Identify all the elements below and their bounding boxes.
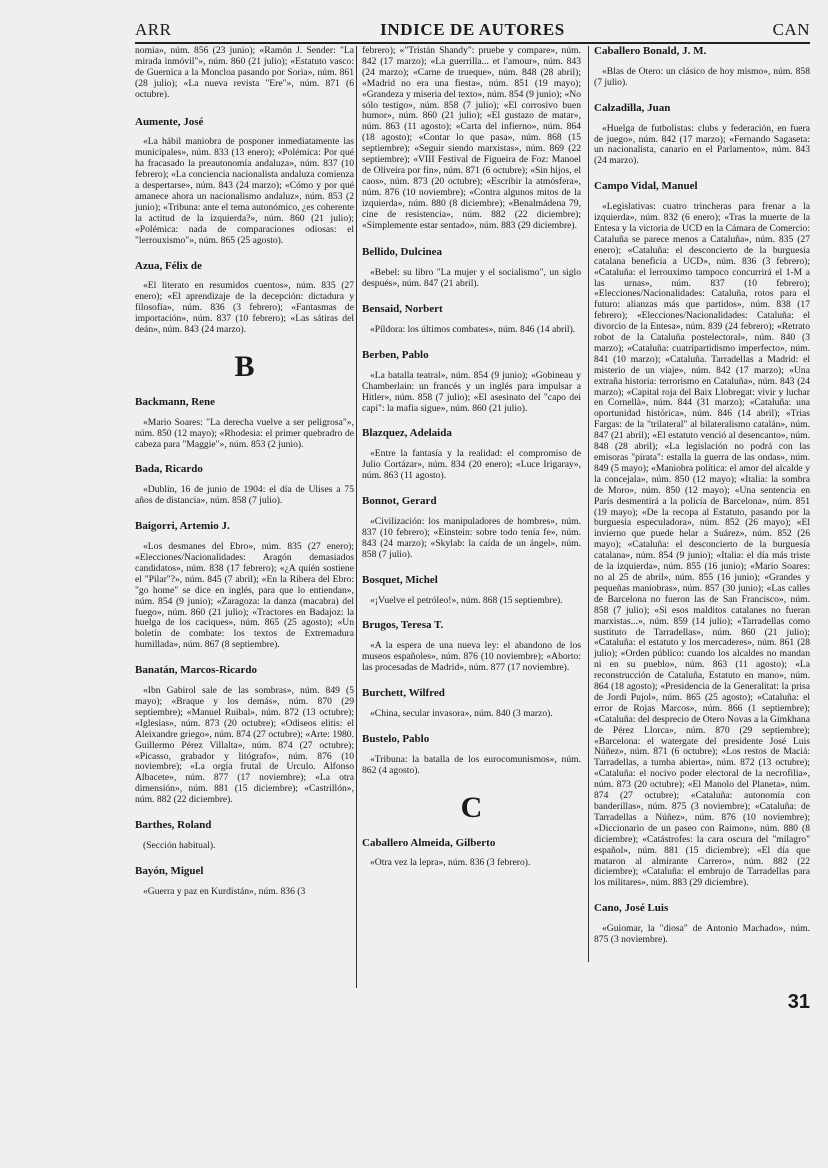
author-entry: Burchett, Wilfred«China, secular invasor… <box>362 688 581 720</box>
author-articles: «Legislativas: cuatro trincheras para fr… <box>594 202 810 889</box>
header-right-guide-word: CAN <box>773 20 810 40</box>
author-name: Banatán, Marcos-Ricardo <box>135 665 354 676</box>
author-entry: Campo Vidal, Manuel«Legislativas: cuatro… <box>594 181 810 889</box>
author-name: Caballero Almeida, Gilberto <box>362 838 581 849</box>
author-entry: Bustelo, Pablo«Tribuna: la batalla de lo… <box>362 734 581 777</box>
author-articles: «A la espera de una nueva ley: el abando… <box>362 641 581 674</box>
author-entry: Bayón, Miguel«Guerra y paz en Kurdistán»… <box>135 866 354 898</box>
author-articles: «Píldora: los últimos combates», núm. 84… <box>362 325 581 336</box>
author-entry: Azua, Félix de«El literato en resumidos … <box>135 261 354 336</box>
author-name: Bonnot, Gerard <box>362 496 581 507</box>
author-name: Bensaid, Norbert <box>362 304 581 315</box>
author-entry: Aumente, José«La hábil maniobra de pospo… <box>135 117 354 247</box>
author-articles: «El literato en resumidos cuentos», núm.… <box>135 281 354 336</box>
author-entry: Bensaid, Norbert«Píldora: los últimos co… <box>362 304 581 336</box>
author-name: Burchett, Wilfred <box>362 688 581 699</box>
continued-entry-text: nomia», núm. 856 (23 junio); «Ramón J. S… <box>135 46 354 101</box>
page-number: 31 <box>788 991 810 1014</box>
author-entry: Caballero Bonald, J. M.«Blas de Otero: u… <box>594 46 810 89</box>
section-letter-c: C <box>362 803 581 814</box>
author-name: Berben, Pablo <box>362 350 581 361</box>
author-entry: Barthes, Roland(Sección habitual). <box>135 820 354 852</box>
author-articles: «Blas de Otero: un clásico de hoy mismo»… <box>594 67 810 89</box>
author-name: Bellido, Dulcinea <box>362 247 581 258</box>
author-articles: «Dublín, 16 de junio de 1904: el día de … <box>135 485 354 507</box>
author-articles: «Guiomar, la "diosa" de Antonio Machado»… <box>594 924 810 946</box>
column-1: nomia», núm. 856 (23 junio); «Ramón J. S… <box>135 46 354 912</box>
author-name: Bosquet, Michel <box>362 575 581 586</box>
author-name: Bayón, Miguel <box>135 866 354 877</box>
author-name: Caballero Bonald, J. M. <box>594 46 810 57</box>
column-divider-1 <box>356 46 357 988</box>
column-divider-2 <box>588 46 589 962</box>
author-articles: «Civilización: los manipuladores de homb… <box>362 517 581 561</box>
author-name: Backmann, Rene <box>135 397 354 408</box>
author-entry: Calzadilla, Juan«Huelga de futbolistas: … <box>594 103 810 168</box>
column-3: Caballero Bonald, J. M.«Blas de Otero: u… <box>594 46 810 960</box>
section-letter-b: B <box>135 362 354 373</box>
author-entry: Brugos, Teresa T.«A la espera de una nue… <box>362 620 581 674</box>
header-rule <box>135 42 810 44</box>
author-articles: «Entre la fantasía y la realidad: el com… <box>362 449 581 482</box>
author-articles: (Sección habitual). <box>135 841 354 852</box>
author-name: Barthes, Roland <box>135 820 354 831</box>
author-articles: «Bebel: su libro "La mujer y el socialis… <box>362 268 581 290</box>
author-name: Aumente, José <box>135 117 354 128</box>
author-name: Brugos, Teresa T. <box>362 620 581 631</box>
author-articles: «Los desmanes del Ebro», núm. 835 (27 en… <box>135 542 354 651</box>
author-name: Baigorri, Artemio J. <box>135 521 354 532</box>
author-articles: «La batalla teatral», núm. 854 (9 junio)… <box>362 371 581 415</box>
header-title: INDICE DE AUTORES <box>135 20 810 40</box>
author-entry: Bosquet, Michel«¡Vuelve el petróleo!», n… <box>362 575 581 607</box>
author-entry: Blazquez, Adelaida«Entre la fantasía y l… <box>362 428 581 482</box>
author-entry: Backmann, Rene«Mario Soares: "La derecha… <box>135 397 354 451</box>
author-articles: «Tribuna: la batalla de los eurocomunism… <box>362 755 581 777</box>
running-header: ARR INDICE DE AUTORES CAN <box>135 20 810 42</box>
author-name: Campo Vidal, Manuel <box>594 181 810 192</box>
author-name: Cano, José Luis <box>594 903 810 914</box>
author-entry: Berben, Pablo«La batalla teatral», núm. … <box>362 350 581 415</box>
author-articles: «China, secular invasora», núm. 840 (3 m… <box>362 709 581 720</box>
author-entry: Bada, Ricardo«Dublín, 16 de junio de 190… <box>135 464 354 507</box>
author-articles: «Huelga de futbolistas: clubs y federaci… <box>594 124 810 168</box>
author-name: Calzadilla, Juan <box>594 103 810 114</box>
author-entry: Caballero Almeida, Gilberto«Otra vez la … <box>362 838 581 870</box>
author-articles: «La hábil maniobra de posponer inmediata… <box>135 137 354 246</box>
author-articles: «Otra vez la lepra», núm. 836 (3 febrero… <box>362 858 581 869</box>
author-articles: «Ibn Gabirol sale de las sombras», núm. … <box>135 686 354 806</box>
author-articles: «Guerra y paz en Kurdistán», núm. 836 (3 <box>135 887 354 898</box>
author-entry: Baigorri, Artemio J.«Los desmanes del Eb… <box>135 521 354 651</box>
author-name: Bustelo, Pablo <box>362 734 581 745</box>
author-name: Bada, Ricardo <box>135 464 354 475</box>
author-entry: Bonnot, Gerard«Civilización: los manipul… <box>362 496 581 561</box>
continued-entry-text: febrero); «"Tristán Shandy": pruebe y co… <box>362 46 581 231</box>
author-entry: Banatán, Marcos-Ricardo«Ibn Gabirol sale… <box>135 665 354 806</box>
column-2: febrero); «"Tristán Shandy": pruebe y co… <box>362 46 581 883</box>
author-entry: Cano, José Luis«Guiomar, la "diosa" de A… <box>594 903 810 946</box>
author-entry: Bellido, Dulcinea«Bebel: su libro "La mu… <box>362 247 581 290</box>
author-name: Blazquez, Adelaida <box>362 428 581 439</box>
author-articles: «Mario Soares: "La derecha vuelve a ser … <box>135 418 354 451</box>
author-name: Azua, Félix de <box>135 261 354 272</box>
author-articles: «¡Vuelve el petróleo!», núm. 868 (15 sep… <box>362 596 581 607</box>
